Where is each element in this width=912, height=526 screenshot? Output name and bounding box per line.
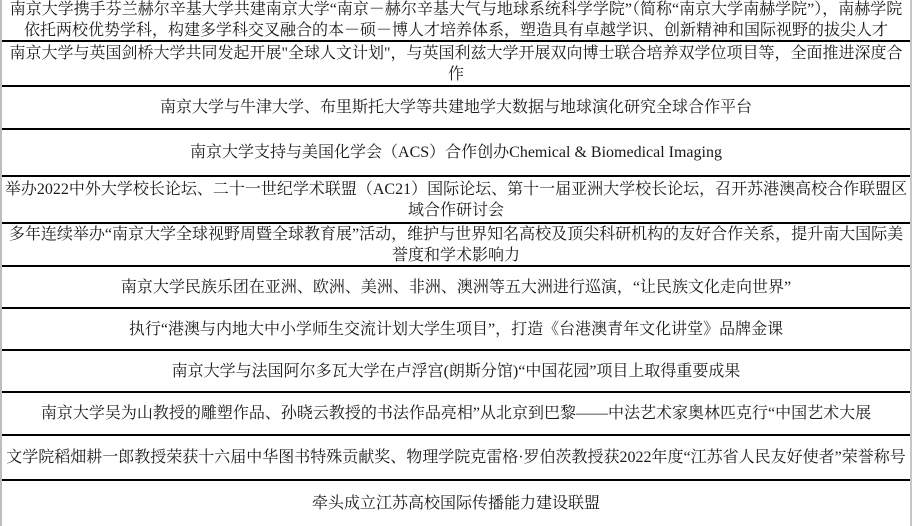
table-row: 多年连续举办“南京大学全球视野周暨全球教育展”活动，维护与世界知名高校及顶尖科研… xyxy=(2,224,910,267)
table-row: 举办2022中外大学校长论坛、二十一世纪学术联盟（AC21）国际论坛、第十一届亚… xyxy=(2,177,910,224)
row-text: 南京大学与英国剑桥大学共同发起开展"全球人文计划"，与英国利兹大学开展双向博士联… xyxy=(4,43,908,85)
row-text: 南京大学吴为山教授的雕塑作品、孙晓云教授的书法作品亮相”从北京到巴黎——中法艺术… xyxy=(4,403,908,424)
row-text: 牵头成立江苏高校国际传播能力建设联盟 xyxy=(4,493,908,514)
row-text: 文学院稻畑耕一郎教授荣获十六届中华图书特殊贡献奖、物理学院克雷格·罗伯茨教授获2… xyxy=(4,447,908,468)
row-text: 南京大学与牛津大学、布里斯托大学等共建地学大数据与地球演化研究全球合作平台 xyxy=(4,97,908,118)
table-row: 南京大学吴为山教授的雕塑作品、孙晓云教授的书法作品亮相”从北京到巴黎——中法艺术… xyxy=(2,393,910,436)
row-text: 多年连续举办“南京大学全球视野周暨全球教育展”活动，维护与世界知名高校及顶尖科研… xyxy=(4,224,908,266)
table-row: 南京大学民族乐团在亚洲、欧洲、美洲、非洲、澳洲等五大洲进行巡演，“让民族文化走向… xyxy=(2,267,910,309)
row-text: 南京大学与法国阿尔多瓦大学在卢浮宫(朗斯分馆)“中国花园”项目上取得重要成果 xyxy=(4,361,908,382)
international-cooperation-table: 南京大学携手芬兰赫尔辛基大学共建南京大学“南京－赫尔辛基大气与地球系统科学学院”… xyxy=(0,0,912,526)
table-row: 执行“港澳与内地大中小学师生交流计划大学生项目”，打造《台港澳青年文化讲堂》品牌… xyxy=(2,309,910,351)
table-row: 牵头成立江苏高校国际传播能力建设联盟 xyxy=(2,481,910,526)
table-row: 文学院稻畑耕一郎教授荣获十六届中华图书特殊贡献奖、物理学院克雷格·罗伯茨教授获2… xyxy=(2,436,910,481)
table-row: 南京大学携手芬兰赫尔辛基大学共建南京大学“南京－赫尔辛基大气与地球系统科学学院”… xyxy=(2,0,910,42)
table-row: 南京大学与法国阿尔多瓦大学在卢浮宫(朗斯分馆)“中国花园”项目上取得重要成果 xyxy=(2,351,910,393)
row-text: 南京大学支持与美国化学会（ACS）合作创办Chemical & Biomedic… xyxy=(4,142,908,163)
row-text: 执行“港澳与内地大中小学师生交流计划大学生项目”，打造《台港澳青年文化讲堂》品牌… xyxy=(4,319,908,340)
row-text: 南京大学携手芬兰赫尔辛基大学共建南京大学“南京－赫尔辛基大气与地球系统科学学院”… xyxy=(4,0,908,41)
row-text: 南京大学民族乐团在亚洲、欧洲、美洲、非洲、澳洲等五大洲进行巡演，“让民族文化走向… xyxy=(4,277,908,298)
table-row: 南京大学支持与美国化学会（ACS）合作创办Chemical & Biomedic… xyxy=(2,130,910,177)
table-row: 南京大学与英国剑桥大学共同发起开展"全球人文计划"，与英国利兹大学开展双向博士联… xyxy=(2,42,910,87)
row-text: 举办2022中外大学校长论坛、二十一世纪学术联盟（AC21）国际论坛、第十一届亚… xyxy=(4,179,908,221)
table-row: 南京大学与牛津大学、布里斯托大学等共建地学大数据与地球演化研究全球合作平台 xyxy=(2,87,910,130)
